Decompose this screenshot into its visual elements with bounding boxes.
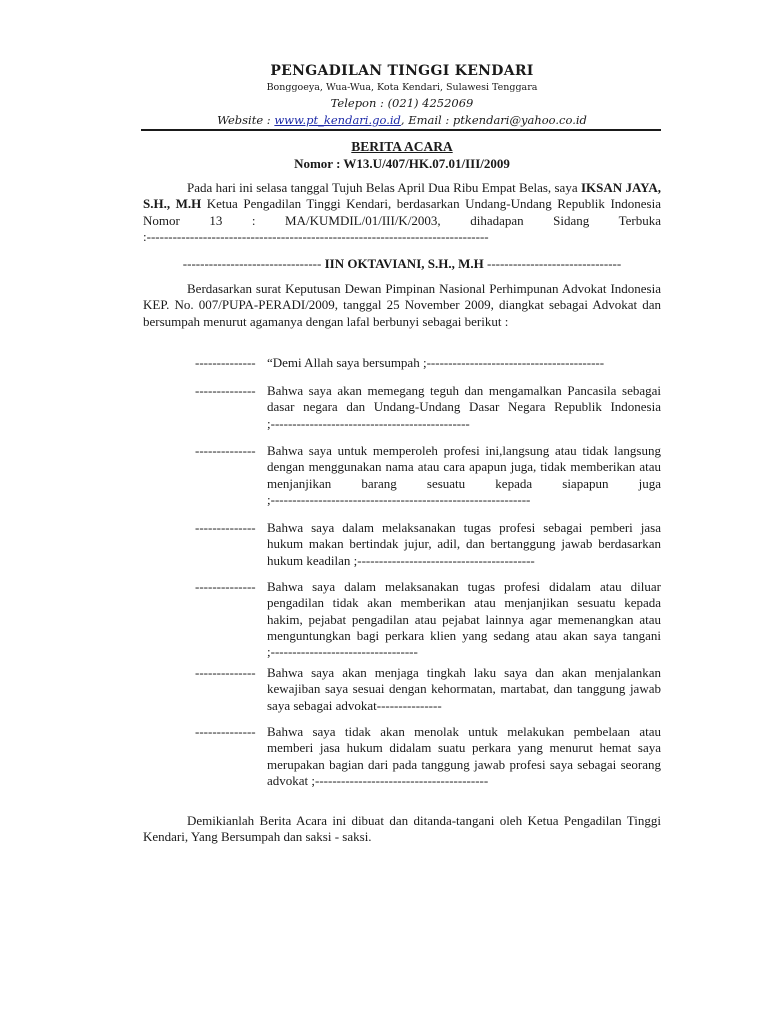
oath-lead-dashes: --------------: [195, 520, 256, 536]
website-label: Website :: [217, 113, 274, 127]
oath-lead-dashes: --------------: [195, 724, 256, 740]
document-page: PENGADILAN TINGGI KENDARI Bonggoeya, Wua…: [143, 62, 661, 129]
opening-dashes: ----------------------------------------…: [147, 229, 489, 244]
opening-text-part1: Pada hari ini selasa tanggal Tujuh Belas…: [187, 180, 581, 195]
institution-phone: Telepon : (021) 4252069: [143, 95, 661, 112]
closing-paragraph: Demikianlah Berita Acara ini dibuat dan …: [143, 813, 661, 846]
oath-lead-dashes: --------------: [195, 579, 256, 595]
oath-trailing-dashes: ----------------------------------------…: [271, 416, 470, 431]
oath-text: Bahwa saya dalam melaksanakan tugas prof…: [267, 520, 661, 569]
sworn-person-name: IIN OKTAVIANI, S.H., M.H: [325, 256, 484, 271]
oath-item: --------------Bahwa saya akan menjaga ti…: [195, 665, 661, 714]
institution-contact: Website : www.pt_kendari.go.id, Email : …: [143, 112, 661, 129]
oath-item: --------------Bahwa saya dalam melaksana…: [195, 520, 661, 569]
oath-item: --------------Bahwa saya tidak akan meno…: [195, 724, 661, 789]
sworn-right-dashes: -------------------------------: [487, 256, 621, 271]
oath-item: --------------Bahwa saya untuk memperole…: [195, 443, 661, 508]
document-heading: BERITA ACARA Nomor : W13.U/407/HK.07.01/…: [143, 138, 661, 172]
institution-address: Bonggoeya, Wua-Wua, Kota Kendari, Sulawe…: [143, 81, 661, 95]
oath-text: “Demi Allah saya bersumpah ;------------…: [267, 355, 661, 371]
oath-item: --------------“Demi Allah saya bersumpah…: [195, 355, 661, 371]
website-link[interactable]: www.pt_kendari.go.id: [274, 113, 401, 127]
oath-text: Bahwa saya dalam melaksanakan tugas prof…: [267, 579, 661, 660]
oath-trailing-dashes: ----------------------------------------…: [357, 553, 535, 568]
oath-lead-dashes: --------------: [195, 443, 256, 459]
basis-paragraph: Berdasarkan surat Keputusan Dewan Pimpin…: [143, 281, 661, 330]
oath-text: Bahwa saya akan menjaga tingkah laku say…: [267, 665, 661, 714]
letterhead: PENGADILAN TINGGI KENDARI Bonggoeya, Wua…: [143, 62, 661, 129]
oath-item: --------------Bahwa saya akan memegang t…: [195, 383, 661, 432]
oath-lead-dashes: --------------: [195, 383, 256, 399]
oath-item: --------------Bahwa saya dalam melaksana…: [195, 579, 661, 660]
oath-lead-dashes: --------------: [195, 665, 256, 681]
oath-trailing-dashes: ----------------------------------------…: [271, 492, 531, 507]
oath-trailing-dashes: ---------------: [377, 698, 442, 713]
sworn-left-dashes: --------------------------------: [183, 256, 322, 271]
document-number: Nomor : W13.U/407/HK.07.01/III/2009: [143, 155, 661, 172]
letterhead-divider: [141, 129, 661, 131]
oath-text: Bahwa saya tidak akan menolak untuk mela…: [267, 724, 661, 789]
opening-paragraph: Pada hari ini selasa tanggal Tujuh Belas…: [143, 180, 661, 245]
oath-lead-dashes: --------------: [195, 355, 256, 371]
document-title: BERITA ACARA: [351, 139, 452, 154]
email-text: , Email : ptkendari@yahoo.co.id: [401, 113, 587, 127]
oath-trailing-dashes: ----------------------------------: [271, 644, 418, 659]
sworn-person-line: -------------------------------- IIN OKT…: [143, 256, 661, 272]
oath-trailing-dashes: ----------------------------------------…: [427, 355, 605, 370]
institution-name: PENGADILAN TINGGI KENDARI: [143, 62, 661, 81]
oath-text: Bahwa saya untuk memperoleh profesi ini,…: [267, 443, 661, 508]
oath-trailing-dashes: ----------------------------------------: [315, 773, 488, 788]
oath-text: Bahwa saya akan memegang teguh dan menga…: [267, 383, 661, 432]
